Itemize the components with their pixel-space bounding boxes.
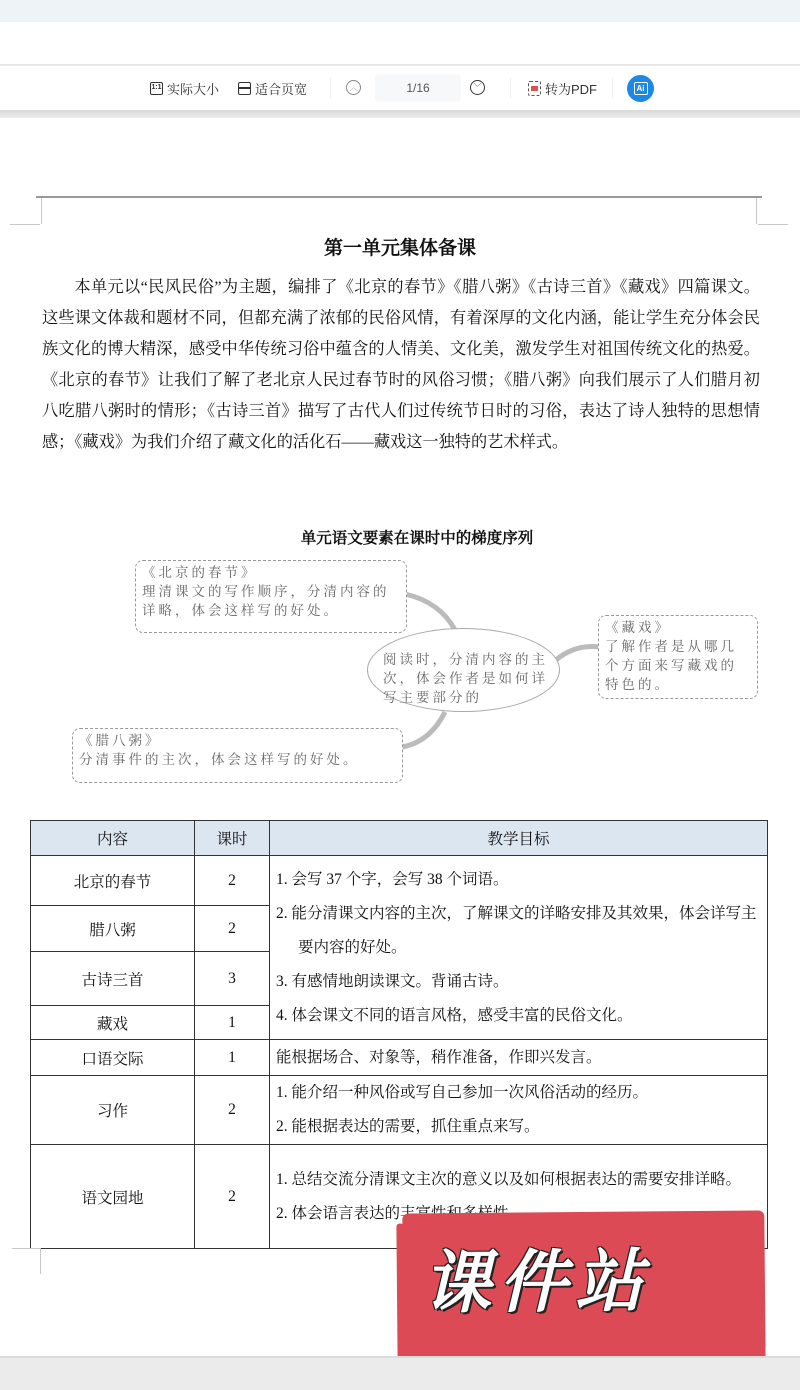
convert-pdf-label: 转为PDF bbox=[545, 79, 597, 98]
table-row: 北京的春节 2 1. 会写 37 个字，会写 38 个词语。 2. 能分清课文内… bbox=[31, 856, 768, 906]
toolbar-shadow bbox=[0, 110, 800, 118]
chevron-down-circle-icon: ﹀ bbox=[470, 80, 485, 95]
fit-width-label: 适合页宽 bbox=[255, 79, 307, 98]
diagram-box-beijing: 《北京的春节》 理清课文的写作顺序，分清内容的详略，体会这样写的好处。 bbox=[135, 560, 407, 633]
diagram-box-title: 《北京的春节》 bbox=[142, 564, 400, 583]
cell-hours: 2 bbox=[195, 906, 270, 952]
toolbar-divider bbox=[330, 78, 331, 98]
table-row: 习作 2 1. 能介绍一种风俗或写自己参加一次风俗活动的经历。 2. 能根据表达… bbox=[31, 1076, 768, 1145]
toolbar-divider bbox=[510, 78, 511, 98]
header-hours: 课时 bbox=[195, 821, 270, 856]
margin-corner bbox=[10, 224, 40, 225]
ai-assistant-button[interactable]: Ai bbox=[627, 75, 654, 102]
diagram-box-text: 了解作者是从哪几个方面来写藏戏的特色的。 bbox=[605, 638, 751, 695]
cell-content: 藏戏 bbox=[31, 1006, 195, 1040]
diagram-center-node: 阅读时，分清内容的主次，体会作者是如何详写主要部分的 bbox=[367, 628, 560, 712]
cell-goals-oral: 能根据场合、对象等，稍作准备，作即兴发言。 bbox=[270, 1040, 768, 1076]
goal-item: 3. 有感情地朗读课文。背诵古诗。 bbox=[276, 965, 761, 999]
diagram-title: 单元语文要素在课时中的梯度序列 bbox=[0, 526, 800, 548]
cell-content: 北京的春节 bbox=[31, 856, 195, 906]
margin-corner bbox=[36, 198, 42, 224]
cell-goals-reading: 1. 会写 37 个字，会写 38 个词语。 2. 能分清课文内容的主次，了解课… bbox=[270, 856, 768, 1040]
next-page-button[interactable]: ﹀ bbox=[470, 80, 485, 95]
table-header-row: 内容 课时 教学目标 bbox=[31, 821, 768, 856]
diagram-box-labazhou: 《腊八粥》 分清事件的主次，体会这样写的好处。 bbox=[72, 728, 403, 783]
goal-item: 1. 会写 37 个字，会写 38 个词语。 bbox=[276, 863, 761, 897]
goal-item: 2. 能分清课文内容的主次，了解课文的详略安排及其效果，体会详写主要内容的好处。 bbox=[276, 897, 761, 965]
cell-content: 古诗三首 bbox=[31, 952, 195, 1006]
fit-width-button[interactable]: 适合页宽 bbox=[238, 79, 307, 98]
ai-assistant-icon: Ai bbox=[634, 82, 648, 95]
diagram-box-title: 《腊八粥》 bbox=[79, 732, 396, 751]
document-title: 第一单元集体备课 bbox=[0, 233, 800, 260]
cell-hours: 2 bbox=[195, 1076, 270, 1145]
chevron-up-circle-icon: ︿ bbox=[346, 80, 361, 95]
window-top-bar bbox=[0, 0, 800, 22]
table-row: 口语交际 1 能根据场合、对象等，稍作准备，作即兴发言。 bbox=[31, 1040, 768, 1076]
fit-width-icon bbox=[238, 82, 251, 95]
cell-hours: 1 bbox=[195, 1006, 270, 1040]
watermark-text: 课件站 bbox=[422, 1227, 753, 1327]
goal-item: 1. 总结交流分清课文主次的意义以及如何根据表达的需要安排详略。 bbox=[276, 1163, 761, 1197]
cell-hours: 3 bbox=[195, 952, 270, 1006]
prev-page-button[interactable]: ︿ bbox=[346, 80, 361, 95]
header-goals: 教学目标 bbox=[270, 821, 768, 856]
viewer-bottom-background bbox=[0, 1356, 800, 1390]
goal-item: 2. 能根据表达的需要，抓住重点来写。 bbox=[276, 1110, 761, 1144]
pdf-convert-icon bbox=[528, 81, 541, 96]
diagram-box-zangxi: 《藏戏》 了解作者是从哪几个方面来写藏戏的特色的。 bbox=[598, 615, 758, 699]
toolbar-divider bbox=[612, 78, 613, 98]
margin-corner bbox=[12, 1248, 40, 1249]
cell-content: 口语交际 bbox=[31, 1040, 195, 1076]
actual-size-icon: 1:1 bbox=[150, 82, 163, 95]
goal-item: 1. 能介绍一种风俗或写自己参加一次风俗活动的经历。 bbox=[276, 1076, 761, 1110]
goal-item: 4. 体会课文不同的语言风格，感受丰富的民俗文化。 bbox=[276, 999, 761, 1033]
cell-hours: 2 bbox=[195, 1145, 270, 1249]
margin-corner bbox=[758, 224, 788, 225]
cell-goals-writing: 1. 能介绍一种风俗或写自己参加一次风俗活动的经历。 2. 能根据表达的需要，抓… bbox=[270, 1076, 768, 1145]
diagram-box-title: 《藏戏》 bbox=[605, 619, 751, 638]
convert-pdf-button[interactable]: 转为PDF bbox=[528, 79, 597, 98]
page-number-input[interactable]: 1/16 bbox=[375, 74, 461, 102]
margin-corner bbox=[756, 198, 762, 224]
header-area bbox=[0, 22, 800, 65]
teaching-goals-table: 内容 课时 教学目标 北京的春节 2 1. 会写 37 个字，会写 38 个词语… bbox=[30, 820, 768, 1249]
cell-hours: 1 bbox=[195, 1040, 270, 1076]
margin-corner bbox=[40, 1248, 41, 1274]
cell-content: 腊八粥 bbox=[31, 906, 195, 952]
cell-hours: 2 bbox=[195, 856, 270, 906]
actual-size-label: 实际大小 bbox=[167, 79, 219, 98]
diagram-box-text: 分清事件的主次，体会这样写的好处。 bbox=[79, 751, 396, 770]
cell-content: 语文园地 bbox=[31, 1145, 195, 1249]
diagram-box-text: 理清课文的写作顺序，分清内容的详略，体会这样写的好处。 bbox=[142, 583, 400, 621]
intro-paragraph: 本单元以“民风民俗”为主题，编排了《北京的春节》《腊八粥》《古诗三首》《藏戏》四… bbox=[42, 272, 760, 458]
page-indicator: 1/16 bbox=[406, 81, 429, 95]
cell-content: 习作 bbox=[31, 1076, 195, 1145]
header-rule bbox=[36, 196, 762, 198]
actual-size-button[interactable]: 1:1 实际大小 bbox=[150, 79, 219, 98]
header-content: 内容 bbox=[31, 821, 195, 856]
watermark-stamp: 课件站 bbox=[402, 1210, 765, 1373]
